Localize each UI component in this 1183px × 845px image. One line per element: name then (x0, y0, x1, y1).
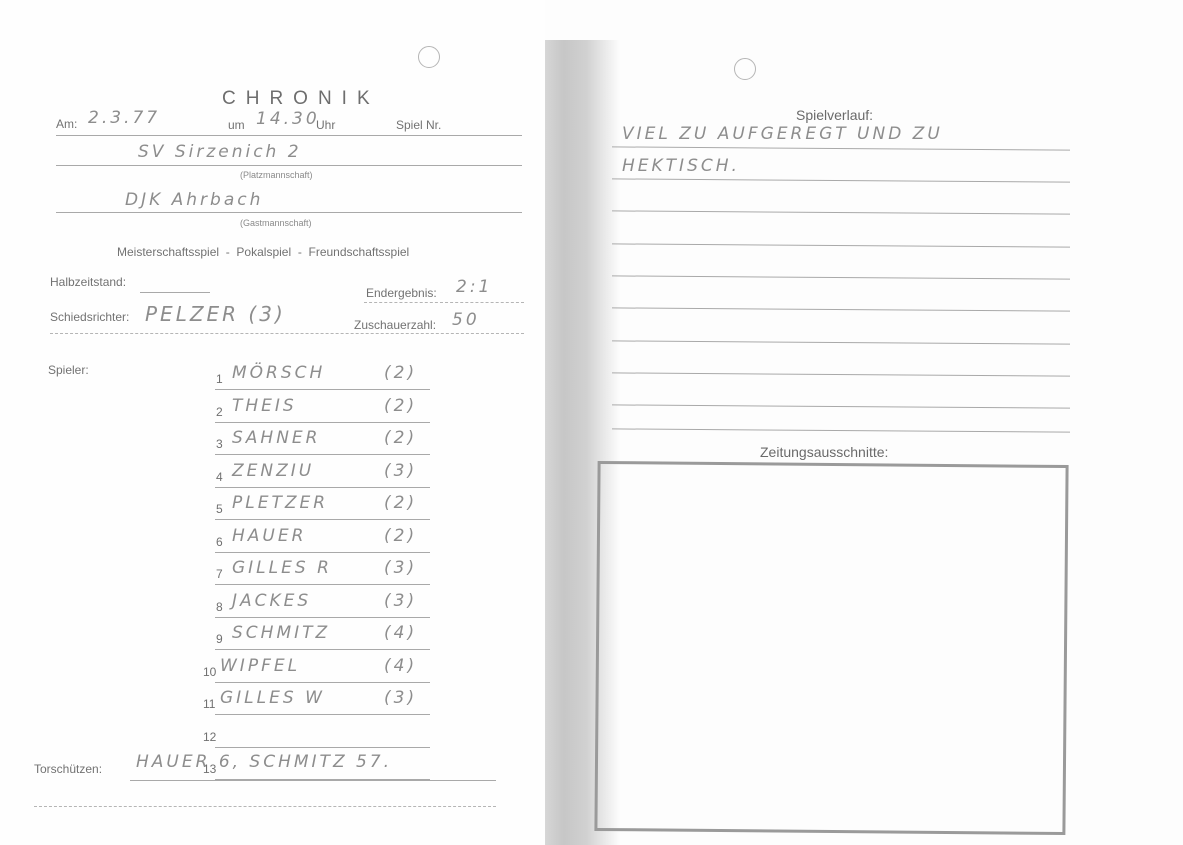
left-page: CHRONIK Am: 2.3.77 um 14.30 Uhr Spiel Nr… (0, 0, 545, 845)
clippings-heading: Zeitungsausschnitte: (760, 444, 888, 460)
player-number: 6 (216, 535, 223, 549)
player-line (215, 519, 430, 520)
player-line (215, 617, 430, 618)
player-number: 11 (203, 697, 215, 711)
player-line (215, 747, 430, 748)
player-number: 10 (203, 665, 216, 679)
player-grade: (2) (384, 363, 417, 383)
player-line (215, 454, 430, 455)
player-number: 4 (216, 470, 223, 484)
time-label: um (228, 118, 245, 132)
player-grade: (2) (384, 526, 417, 546)
player-line (215, 487, 430, 488)
scorers-extra-line (34, 806, 496, 807)
player-number: 7 (216, 567, 223, 581)
player-grade: (2) (384, 428, 417, 448)
date-row-line (56, 135, 522, 136)
referee-value: PELZER (3) (145, 302, 286, 326)
player-grade: (2) (384, 396, 417, 416)
player-number: 3 (216, 437, 223, 451)
player-grade: (3) (384, 461, 417, 481)
form-title: CHRONIK (222, 88, 380, 110)
player-number: 2 (216, 405, 223, 419)
game-number-label: Spiel Nr. (396, 118, 441, 132)
final-score-line (364, 302, 524, 303)
match-progress-line-2: HEKTISCH. (622, 156, 740, 176)
date-label: Am: (56, 117, 77, 131)
player-line (215, 422, 430, 423)
match-progress-heading: Spielverlauf: (796, 107, 873, 123)
punch-hole-mark (418, 46, 440, 68)
player-number: 1 (216, 372, 223, 386)
player-line (215, 552, 430, 553)
home-team-caption: (Platzmannschaft) (240, 170, 313, 180)
time-unit: Uhr (316, 118, 335, 132)
player-line (215, 714, 430, 715)
spectators-value: 50 (452, 310, 480, 330)
newspaper-clippings-box (594, 461, 1068, 835)
player-line (215, 649, 430, 650)
player-number: 9 (216, 632, 223, 646)
player-line (215, 584, 430, 585)
player-grade: (4) (384, 623, 417, 643)
game-type-league: Meisterschaftsspiel (117, 245, 219, 259)
halftime-label: Halbzeitstand: (50, 275, 126, 289)
player-name: PLETZER (232, 493, 328, 513)
player-name: THEIS (232, 396, 297, 416)
halftime-line (140, 292, 210, 293)
player-name: WIPFEL (220, 656, 300, 676)
away-team-caption: (Gastmannschaft) (240, 218, 312, 228)
home-team-line (56, 165, 522, 166)
referee-label: Schiedsrichter: (50, 310, 129, 324)
player-grade: (4) (384, 656, 417, 676)
players-label: Spieler: (48, 363, 89, 377)
player-name: ZENZIU (232, 461, 314, 481)
player-number: 8 (216, 600, 223, 614)
player-line (215, 389, 430, 390)
player-name: HAUER (232, 526, 306, 546)
game-type-cup: Pokalspiel (236, 245, 291, 259)
player-number: 5 (216, 502, 223, 516)
player-name: JACKES (232, 591, 311, 611)
spectators-label: Zuschauerzahl: (354, 318, 436, 332)
scorers-label: Torschützen: (34, 762, 102, 776)
scorers-value: HAUER 6, SCHMITZ 57. (136, 752, 392, 772)
away-team-line (56, 212, 522, 213)
referee-line (50, 333, 524, 334)
final-score-label: Endergebnis: (366, 286, 437, 300)
date-value: 2.3.77 (88, 108, 160, 128)
match-progress-line-1: VIEL ZU AUFGEREGT UND ZU (622, 124, 943, 144)
game-type-friendly: Freundschaftsspiel (309, 245, 410, 259)
player-name: GILLES W (220, 688, 325, 708)
player-name: SAHNER (232, 428, 320, 448)
player-grade: (3) (384, 688, 417, 708)
player-grade: (3) (384, 591, 417, 611)
player-number: 12 (203, 730, 216, 744)
player-name: GILLES R (232, 558, 332, 578)
player-grade: (2) (384, 493, 417, 513)
final-score-value: 2:1 (456, 277, 492, 297)
player-grade: (3) (384, 558, 417, 578)
game-type-row: Meisterschaftsspiel - Pokalspiel - Freun… (117, 245, 409, 259)
away-team-value: DJK Ahrbach (125, 190, 263, 210)
punch-hole-mark (734, 58, 756, 80)
time-value: 14.30 (256, 109, 320, 129)
home-team-value: SV Sirzenich 2 (138, 142, 302, 162)
scorers-line (130, 780, 496, 781)
player-name: MÖRSCH (232, 363, 325, 383)
player-name: SCHMITZ (232, 623, 330, 643)
player-line (215, 682, 430, 683)
